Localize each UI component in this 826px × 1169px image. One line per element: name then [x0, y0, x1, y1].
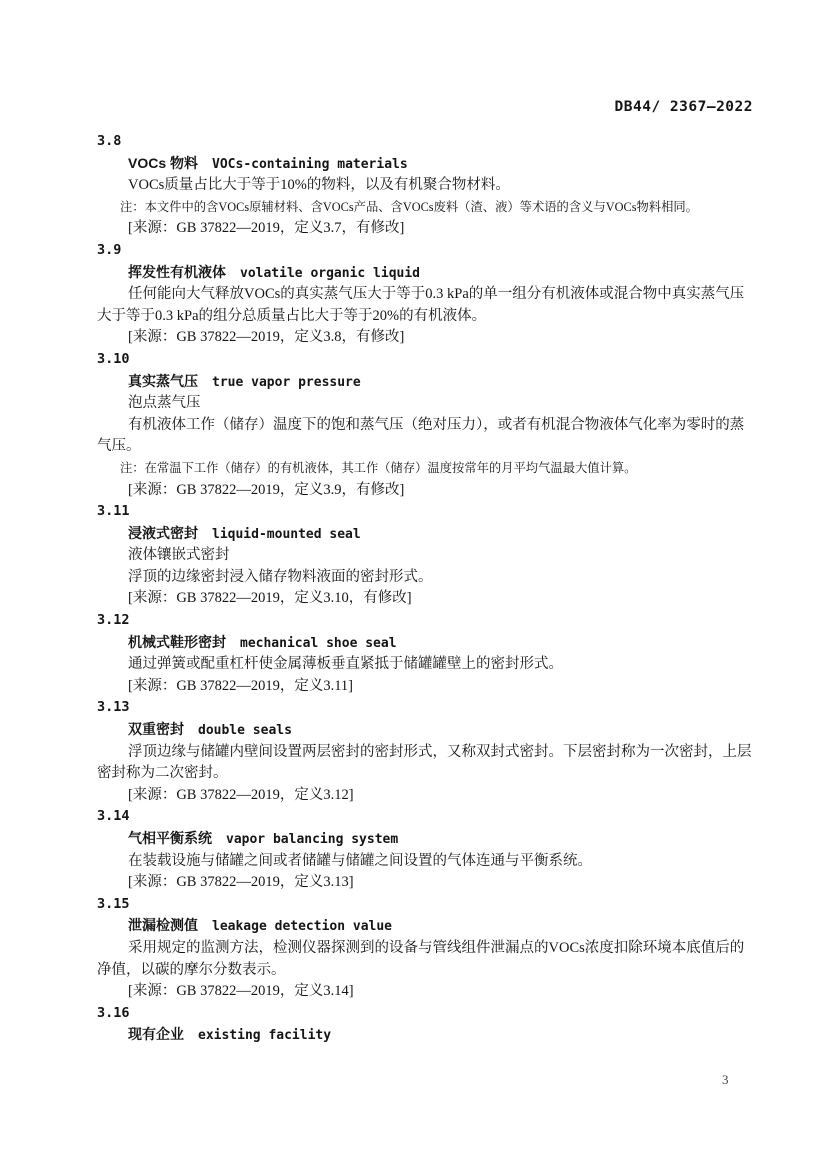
definition-paragraph: 采用规定的监测方法，检测仪器探测到的设备与管线组件泄漏点的VOCs浓度扣除环境本… [97, 938, 753, 981]
source-line: [来源：GB 37822—2019，定义3.8，有修改] [97, 327, 753, 349]
source-line: [来源：GB 37822—2019，定义3.11] [97, 676, 753, 698]
section-number: 3.14 [97, 806, 753, 828]
term-line: 现有企业existing facility [97, 1024, 753, 1047]
section-number: 3.9 [97, 240, 753, 262]
definition-paragraph: 通过弹簧或配重杠杆使金属薄板垂直紧抵于储罐罐壁上的密封形式。 [97, 654, 753, 676]
term-line: 气相平衡系统vapor balancing system [97, 828, 753, 851]
page-number: 3 [722, 1069, 729, 1091]
term-en: existing facility [198, 1028, 331, 1043]
section-number: 3.16 [97, 1003, 753, 1025]
term-cn: 挥发性有机液体 [128, 264, 226, 280]
source-line: [来源：GB 37822—2019，定义3.10，有修改] [97, 588, 753, 610]
note-line: 注：本文件中的含VOCs原辅材料、含VOCs产品、含VOCs废料（渣、液）等术语… [97, 197, 753, 219]
alt-term-line: 泡点蒸气压 [97, 393, 753, 415]
definition-paragraph: 任何能向大气释放VOCs的真实蒸气压大于等于0.3 kPa的单一组分有机液体或混… [97, 284, 753, 327]
section-3-11: 3.11 浸液式密封liquid-mounted seal 液体镶嵌式密封 浮顶… [97, 501, 753, 610]
section-3-15: 3.15 泄漏检测值leakage detection value 采用规定的监… [97, 894, 753, 1003]
term-en: volatile organic liquid [240, 266, 420, 281]
term-cn: 机械式鞋形密封 [128, 634, 226, 650]
term-en: leakage detection value [212, 919, 392, 934]
section-3-8: 3.8 VOCs 物料VOCs-containing materials VOC… [97, 131, 753, 240]
term-cn: 浸液式密封 [128, 525, 198, 541]
term-en: mechanical shoe seal [240, 636, 397, 651]
source-line: [来源：GB 37822—2019，定义3.14] [97, 981, 753, 1003]
section-number: 3.12 [97, 610, 753, 632]
section-3-13: 3.13 双重密封double seals 浮顶边缘与储罐内壁间设置两层密封的密… [97, 697, 753, 806]
section-number: 3.13 [97, 697, 753, 719]
note-line: 注：在常温下工作（储存）的有机液体，其工作（储存）温度按常年的月平均气温最大值计… [97, 458, 753, 480]
definition-paragraph: 浮顶的边缘密封浸入储存物料液面的密封形式。 [97, 567, 753, 589]
term-line: 泄漏检测值leakage detection value [97, 915, 753, 938]
term-en: VOCs-containing materials [212, 157, 408, 172]
section-number: 3.15 [97, 894, 753, 916]
definition-paragraph: 有机液体工作（储存）温度下的饱和蒸气压（绝对压力），或者有机混合物液体气化率为零… [97, 415, 753, 458]
section-3-9: 3.9 挥发性有机液体volatile organic liquid 任何能向大… [97, 240, 753, 349]
section-3-16: 3.16 现有企业existing facility [97, 1003, 753, 1047]
source-line: [来源：GB 37822—2019，定义3.12] [97, 785, 753, 807]
term-cn: 真实蒸气压 [128, 373, 198, 389]
term-en: double seals [198, 723, 292, 738]
term-line: 浸液式密封liquid-mounted seal [97, 523, 753, 546]
section-3-10: 3.10 真实蒸气压true vapor pressure 泡点蒸气压 有机液体… [97, 349, 753, 501]
section-3-12: 3.12 机械式鞋形密封mechanical shoe seal 通过弹簧或配重… [97, 610, 753, 697]
section-3-14: 3.14 气相平衡系统vapor balancing system 在装载设施与… [97, 806, 753, 893]
term-line: 机械式鞋形密封mechanical shoe seal [97, 632, 753, 655]
page-content: DB44/ 2367—2022 3.8 VOCs 物料VOCs-containi… [97, 96, 753, 1047]
source-line: [来源：GB 37822—2019，定义3.13] [97, 872, 753, 894]
term-cn: VOCs 物料 [128, 155, 198, 171]
term-en: true vapor pressure [212, 375, 361, 390]
term-en: vapor balancing system [226, 832, 398, 847]
doc-code-header: DB44/ 2367—2022 [97, 96, 753, 118]
definition-paragraph: 在装载设施与储罐之间或者储罐与储罐之间设置的气体连通与平衡系统。 [97, 851, 753, 873]
definition-paragraph: VOCs质量占比大于等于10%的物料，以及有机聚合物材料。 [97, 175, 753, 197]
source-line: [来源：GB 37822—2019，定义3.7，有修改] [97, 218, 753, 240]
document-page: DB44/ 2367—2022 3.8 VOCs 物料VOCs-containi… [0, 0, 826, 1169]
section-number: 3.8 [97, 131, 753, 153]
term-line: VOCs 物料VOCs-containing materials [97, 153, 753, 176]
term-cn: 双重密封 [128, 721, 184, 737]
alt-term-line: 液体镶嵌式密封 [97, 545, 753, 567]
term-line: 挥发性有机液体volatile organic liquid [97, 262, 753, 285]
definition-paragraph: 浮顶边缘与储罐内壁间设置两层密封的密封形式，又称双封式密封。下层密封称为一次密封… [97, 742, 753, 785]
section-number: 3.10 [97, 349, 753, 371]
term-line: 真实蒸气压true vapor pressure [97, 371, 753, 394]
term-line: 双重密封double seals [97, 719, 753, 742]
term-cn: 气相平衡系统 [128, 830, 212, 846]
term-cn: 泄漏检测值 [128, 917, 198, 933]
term-cn: 现有企业 [128, 1026, 184, 1042]
term-en: liquid-mounted seal [212, 527, 361, 542]
source-line: [来源：GB 37822—2019，定义3.9，有修改] [97, 480, 753, 502]
section-number: 3.11 [97, 501, 753, 523]
